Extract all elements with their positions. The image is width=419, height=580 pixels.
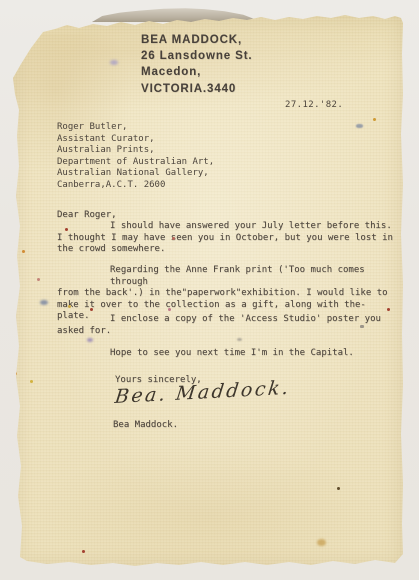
body-line: from the back'.) in the"paperwork"exhibi… xyxy=(57,288,397,300)
stamp-line: BEA MADDOCK, xyxy=(141,32,253,48)
paper-speck xyxy=(337,487,340,490)
body-line: Regarding the Anne Frank print ('Too muc… xyxy=(57,265,397,288)
body-line: asked for. xyxy=(57,326,397,338)
body-line: I thought I may have seen you in October… xyxy=(57,233,397,245)
paper-speck xyxy=(317,539,326,546)
paper-speck xyxy=(168,308,171,311)
paper-speck xyxy=(172,237,175,240)
stamp-line: 26 Lansdowne St. xyxy=(141,48,253,64)
sender-address-stamp: BEA MADDOCK, 26 Lansdowne St. Macedon, V… xyxy=(141,32,253,97)
stamp-line: Macedon, xyxy=(141,64,253,80)
recipient-line: Roger Butler, xyxy=(57,122,214,134)
paper-speck xyxy=(110,60,118,65)
paper-speck xyxy=(82,550,85,553)
paper-speck xyxy=(90,308,93,311)
paper-stain xyxy=(43,444,373,564)
recipient-line: Australian National Gallery, xyxy=(57,168,214,180)
paper-speck xyxy=(30,380,33,383)
recipient-line: Department of Australian Art, xyxy=(57,157,214,169)
recipient-line: Australian Prints, xyxy=(57,145,214,157)
recipient-line: Canberra,A.C.T. 2600 xyxy=(57,180,214,192)
letter-paper: BEA MADDOCK, 26 Lansdowne St. Macedon, V… xyxy=(13,14,403,567)
paper-speck xyxy=(14,372,17,375)
paper-speck xyxy=(356,124,363,128)
body-line: Hope to see you next time I'm in the Cap… xyxy=(57,348,397,360)
paper-speck xyxy=(237,338,242,341)
body-line: I enclose a copy of the 'Access Studio' … xyxy=(57,314,397,326)
paper-speck xyxy=(360,325,364,328)
recipient-line: Assistant Curator, xyxy=(57,134,214,146)
stamp-line: VICTORIA.3440 xyxy=(141,81,253,97)
paragraph-1: I should have answered your July letter … xyxy=(57,221,397,256)
recipient-address: Roger Butler, Assistant Curator, Austral… xyxy=(57,122,214,192)
paper-speck xyxy=(65,228,68,231)
typed-signature: Bea Maddock. xyxy=(113,420,178,432)
paper-speck xyxy=(87,338,93,342)
paper-speck xyxy=(373,118,376,121)
body-line: I should have answered your July letter … xyxy=(57,221,397,233)
paper-speck xyxy=(37,278,40,281)
letter-date: 27.12.'82. xyxy=(285,100,343,110)
paragraph-4: Hope to see you next time I'm in the Cap… xyxy=(57,348,397,360)
paper-speck xyxy=(387,308,390,311)
body-line: the crowd somewhere. xyxy=(57,244,397,256)
paper-speck xyxy=(22,250,25,253)
paragraph-3: I enclose a copy of the 'Access Studio' … xyxy=(57,314,397,337)
salutation: Dear Roger, xyxy=(57,210,117,222)
paper-speck xyxy=(40,300,48,305)
paper-speck xyxy=(68,305,71,308)
